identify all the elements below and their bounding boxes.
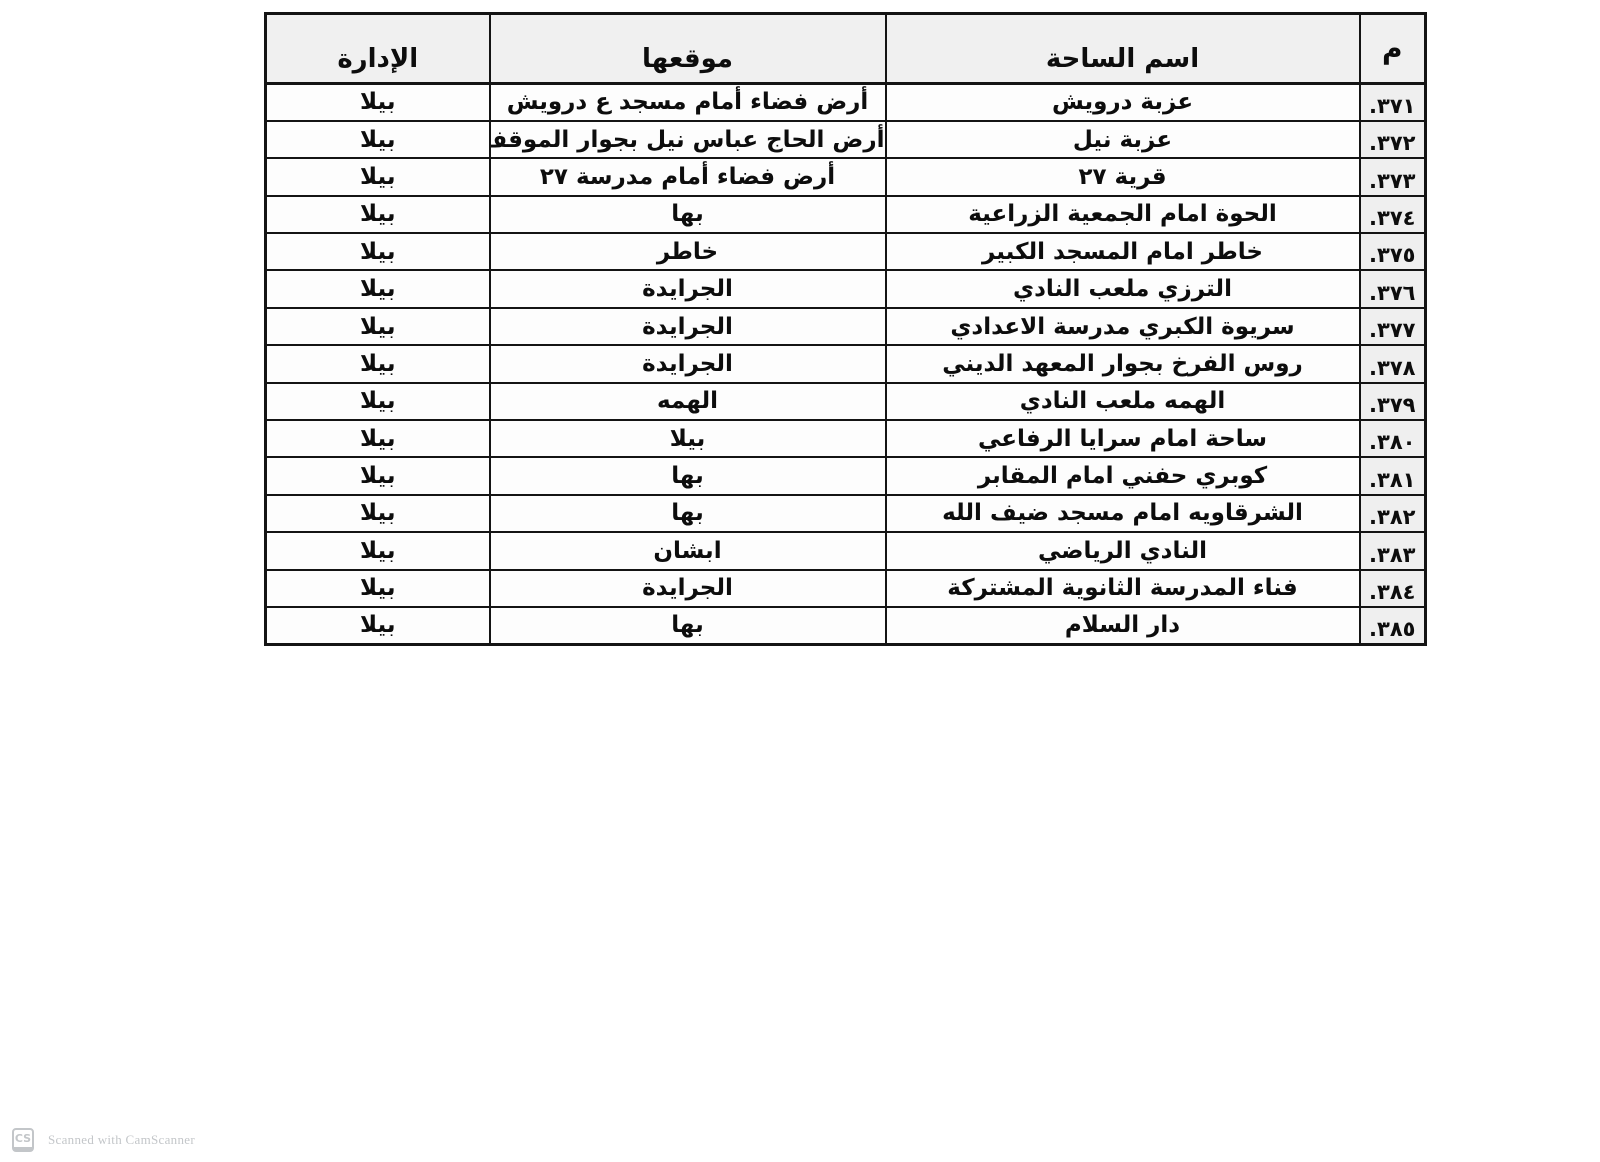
serial-cell: ٣٨٤. (1360, 570, 1426, 607)
header-row: م اسم الساحة موقعها الإدارة (266, 14, 1426, 84)
administration-cell: بيلا (266, 457, 490, 494)
squares-table: م اسم الساحة موقعها الإدارة ٣٧١. عزبة در… (264, 12, 1427, 646)
serial-cell: ٣٧٢. (1360, 121, 1426, 158)
square-name-cell: كوبري حفني امام المقابر (886, 457, 1360, 494)
scanned-document-page: { "colors": { "border": "#141414", "head… (0, 0, 1600, 1162)
location-cell: بها (490, 607, 886, 644)
location-cell: الجرايدة (490, 570, 886, 607)
header-square-name: اسم الساحة (886, 14, 1360, 84)
location-cell: خاطر (490, 233, 886, 270)
administration-cell: بيلا (266, 196, 490, 233)
header-administration: الإدارة (266, 14, 490, 84)
administration-cell: بيلا (266, 233, 490, 270)
location-cell: أرض فضاء أمام مسجد ع درويش (490, 84, 886, 121)
location-cell: الجرايدة (490, 345, 886, 382)
camscanner-watermark: CS Scanned with CamScanner (12, 1128, 195, 1152)
table-row: ٣٨٣. النادي الرياضي ابشان بيلا (266, 532, 1426, 569)
location-cell: بيلا (490, 420, 886, 457)
serial-cell: ٣٨٣. (1360, 532, 1426, 569)
table-header: م اسم الساحة موقعها الإدارة (266, 14, 1426, 84)
serial-cell: ٣٨٠. (1360, 420, 1426, 457)
serial-cell: ٣٧٦. (1360, 270, 1426, 307)
administration-cell: بيلا (266, 308, 490, 345)
square-name-cell: روس الفرخ بجوار المعهد الديني (886, 345, 1360, 382)
table-row: ٣٨٥. دار السلام بها بيلا (266, 607, 1426, 644)
location-cell: بها (490, 457, 886, 494)
table-body: ٣٧١. عزبة درويش أرض فضاء أمام مسجد ع درو… (266, 84, 1426, 645)
square-name-cell: سريوة الكبري مدرسة الاعدادي (886, 308, 1360, 345)
square-name-cell: قرية ٢٧ (886, 158, 1360, 195)
header-location: موقعها (490, 14, 886, 84)
administration-cell: بيلا (266, 495, 490, 532)
square-name-cell: الحوة امام الجمعية الزراعية (886, 196, 1360, 233)
location-cell: الجرايدة (490, 270, 886, 307)
table-row: ٣٧٨. روس الفرخ بجوار المعهد الديني الجرا… (266, 345, 1426, 382)
square-name-cell: الشرقاويه امام مسجد ضيف الله (886, 495, 1360, 532)
square-name-cell: خاطر امام المسجد الكبير (886, 233, 1360, 270)
serial-cell: ٣٧٣. (1360, 158, 1426, 195)
table-row: ٣٧٩. الهمه ملعب النادي الهمه بيلا (266, 383, 1426, 420)
location-cell: بها (490, 495, 886, 532)
square-name-cell: الترزي ملعب النادي (886, 270, 1360, 307)
table-row: ٣٨٤. فناء المدرسة الثانوية المشتركة الجر… (266, 570, 1426, 607)
serial-cell: ٣٧٧. (1360, 308, 1426, 345)
serial-cell: ٣٨١. (1360, 457, 1426, 494)
administration-cell: بيلا (266, 270, 490, 307)
administration-cell: بيلا (266, 121, 490, 158)
table-row: ٣٧٤. الحوة امام الجمعية الزراعية بها بيل… (266, 196, 1426, 233)
table-row: ٣٧٣. قرية ٢٧ أرض فضاء أمام مدرسة ٢٧ بيلا (266, 158, 1426, 195)
table-row: ٣٨٢. الشرقاويه امام مسجد ضيف الله بها بي… (266, 495, 1426, 532)
serial-cell: ٣٧٨. (1360, 345, 1426, 382)
serial-cell: ٣٨٥. (1360, 607, 1426, 644)
serial-cell: ٣٨٢. (1360, 495, 1426, 532)
administration-cell: بيلا (266, 420, 490, 457)
administration-cell: بيلا (266, 607, 490, 644)
serial-cell: ٣٧٤. (1360, 196, 1426, 233)
administration-cell: بيلا (266, 84, 490, 121)
square-name-cell: عزبة نيل (886, 121, 1360, 158)
administration-cell: بيلا (266, 532, 490, 569)
serial-cell: ٣٧٩. (1360, 383, 1426, 420)
table-row: ٣٧٢. عزبة نيل أرض الحاج عباس نيل بجوار ا… (266, 121, 1426, 158)
squares-table-container: م اسم الساحة موقعها الإدارة ٣٧١. عزبة در… (264, 12, 1424, 646)
administration-cell: بيلا (266, 158, 490, 195)
square-name-cell: فناء المدرسة الثانوية المشتركة (886, 570, 1360, 607)
location-cell: بها (490, 196, 886, 233)
administration-cell: بيلا (266, 570, 490, 607)
square-name-cell: ساحة امام سرايا الرفاعي (886, 420, 1360, 457)
table-row: ٣٧٧. سريوة الكبري مدرسة الاعدادي الجرايد… (266, 308, 1426, 345)
table-row: ٣٧٦. الترزي ملعب النادي الجرايدة بيلا (266, 270, 1426, 307)
administration-cell: بيلا (266, 345, 490, 382)
square-name-cell: النادي الرياضي (886, 532, 1360, 569)
table-row: ٣٨٠. ساحة امام سرايا الرفاعي بيلا بيلا (266, 420, 1426, 457)
table-row: ٣٨١. كوبري حفني امام المقابر بها بيلا (266, 457, 1426, 494)
location-cell: أرض فضاء أمام مدرسة ٢٧ (490, 158, 886, 195)
camscanner-label: Scanned with CamScanner (48, 1132, 195, 1148)
location-cell: الهمه (490, 383, 886, 420)
square-name-cell: دار السلام (886, 607, 1360, 644)
square-name-cell: عزبة درويش (886, 84, 1360, 121)
header-serial: م (1360, 14, 1426, 84)
serial-cell: ٣٧١. (1360, 84, 1426, 121)
location-cell: الجرايدة (490, 308, 886, 345)
serial-cell: ٣٧٥. (1360, 233, 1426, 270)
location-cell: ابشان (490, 532, 886, 569)
table-row: ٣٧١. عزبة درويش أرض فضاء أمام مسجد ع درو… (266, 84, 1426, 121)
table-row: ٣٧٥. خاطر امام المسجد الكبير خاطر بيلا (266, 233, 1426, 270)
square-name-cell: الهمه ملعب النادي (886, 383, 1360, 420)
location-cell: أرض الحاج عباس نيل بجوار الموقف (490, 121, 886, 158)
camscanner-logo-icon: CS (12, 1128, 34, 1152)
administration-cell: بيلا (266, 383, 490, 420)
